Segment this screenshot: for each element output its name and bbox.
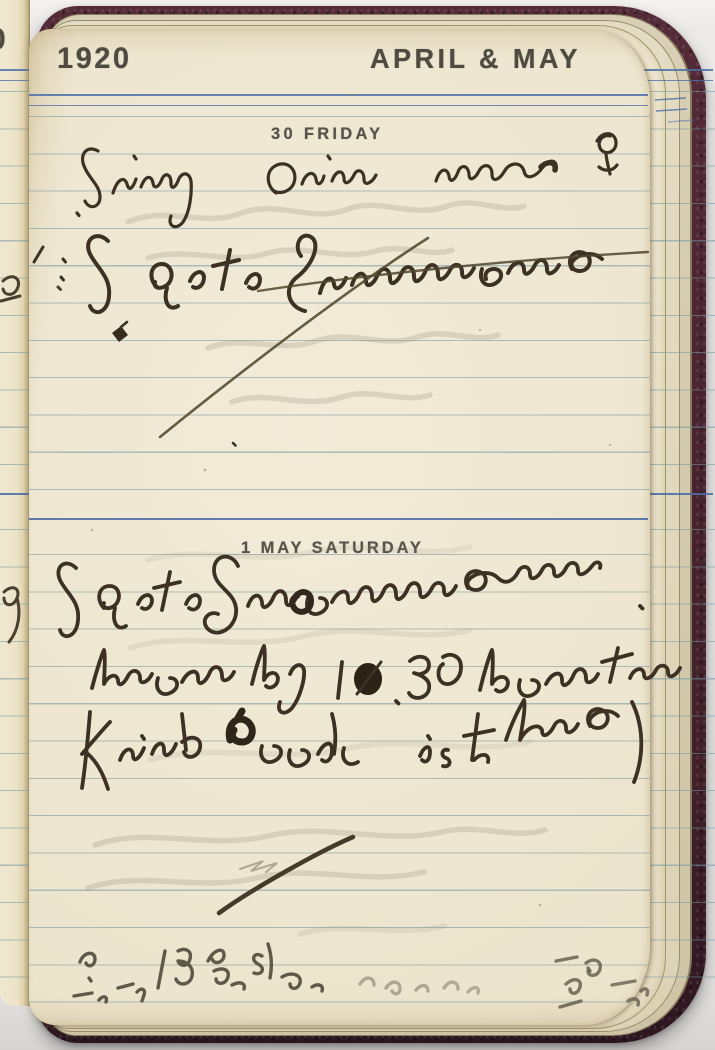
saturday-line3-transcript: Kirkwood is there) [0, 1006, 1, 1007]
day-separator-line [0, 493, 30, 495]
left-page-gutter: 0 [0, 0, 30, 1006]
friday-line2-transcript: I go to Stanmore [0, 1006, 1, 1007]
saturday-date-label: 1 MAY SATURDAY [241, 539, 424, 556]
adjacent-page-number-fragment: 0 [0, 25, 8, 55]
saturday-line2-transcript: home by 10.30 boat [0, 1006, 1, 1007]
diary-photo-scene: 0 1920 APRIL & MAY 30 FRIDAY 1 MAY SATUR… [0, 0, 715, 1050]
saturday-line1-transcript: I go to Lansdowne. [0, 1006, 1, 1007]
month-header-label: APRIL & MAY [370, 45, 581, 73]
header-rule-line [29, 105, 648, 107]
ruled-lines-saturday [29, 554, 650, 1006]
year-label: 1920 [57, 44, 131, 74]
header-rule-line [0, 69, 30, 71]
ruled-lines [0, 91, 30, 469]
diary-page: 1920 APRIL & MAY 30 FRIDAY 1 MAY SATURDA… [29, 29, 650, 1025]
footer-scribble-transcript: (illegible pencil scribbles) [0, 1006, 1, 1007]
friday-line1-transcript: I ring Doris mng & [0, 1006, 1, 1007]
ruled-lines-friday [29, 116, 650, 494]
header-rule-line [29, 94, 648, 96]
header-rule-line [0, 80, 30, 82]
day-separator-line [29, 518, 648, 520]
friday-date-label: 30 FRIDAY [271, 125, 383, 142]
ruled-lines [0, 529, 30, 981]
